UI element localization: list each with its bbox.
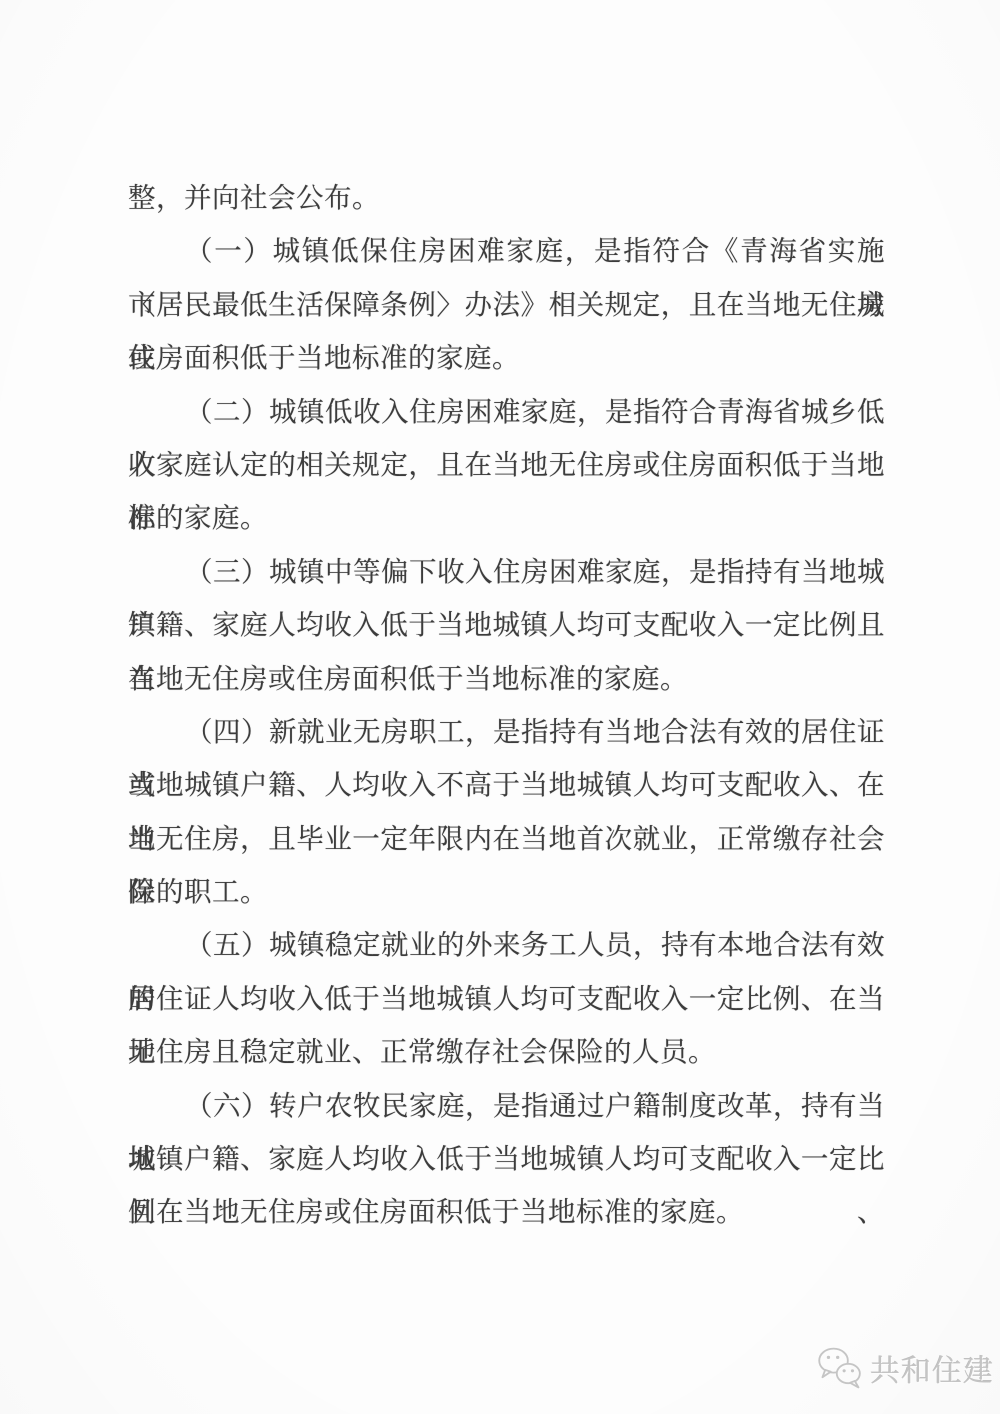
watermark-label: 共和住建 xyxy=(870,1346,994,1390)
document-line: （四）新就业无房职工，是指持有当地合法有效的居住证或 xyxy=(128,705,885,758)
document-line: 险的职工。 xyxy=(128,865,885,918)
document-line: 户籍、家庭人均收入低于当地城镇人均可支配收入一定比例且在 xyxy=(128,598,885,651)
document-line: 无住房且稳定就业、正常缴存社会保险的人员。 xyxy=(128,1025,885,1078)
document-line: （三）城镇中等偏下收入住房困难家庭，是指持有当地城镇 xyxy=(128,545,885,598)
document-line: 入家庭认定的相关规定，且在当地无住房或住房面积低于当地标 xyxy=(128,438,885,491)
document-line: （二）城镇低收入住房困难家庭，是指符合青海省城乡低收 xyxy=(128,385,885,438)
document-page: 整，并向社会公布。 （一）城镇低保住房困难家庭，是指符合《青海省实施〈城 市居民… xyxy=(128,171,885,1239)
document-line: 市居民最低生活保障条例〉办法》相关规定，且在当地无住房或 xyxy=(128,278,885,331)
document-line: 居住证人均收入低于当地城镇人均可支配收入一定比例、在当地 xyxy=(128,972,885,1025)
document-line: 地无住房，且毕业一定年限内在当地首次就业，正常缴存社会保 xyxy=(128,812,885,865)
document-line: 准的家庭。 xyxy=(128,491,885,544)
document-line: 当地城镇户籍、人均收入不高于当地城镇人均可支配收入、在当 xyxy=(128,758,885,811)
document-line: （一）城镇低保住房困难家庭，是指符合《青海省实施〈城 xyxy=(128,224,885,277)
document-line: （五）城镇稳定就业的外来务工人员，持有本地合法有效的 xyxy=(128,918,885,971)
document-line: 城镇户籍、家庭人均收入低于当地城镇人均可支配收入一定比例、 xyxy=(128,1132,885,1185)
watermark: 共和住建 xyxy=(816,1344,994,1392)
document-line: 整，并向社会公布。 xyxy=(128,171,885,224)
wechat-icon xyxy=(816,1344,864,1392)
document-line: 住房面积低于当地标准的家庭。 xyxy=(128,331,885,384)
document-line: 当地无住房或住房面积低于当地标准的家庭。 xyxy=(128,652,885,705)
document-line: （六）转户农牧民家庭，是指通过户籍制度改革，持有当地 xyxy=(128,1079,885,1132)
